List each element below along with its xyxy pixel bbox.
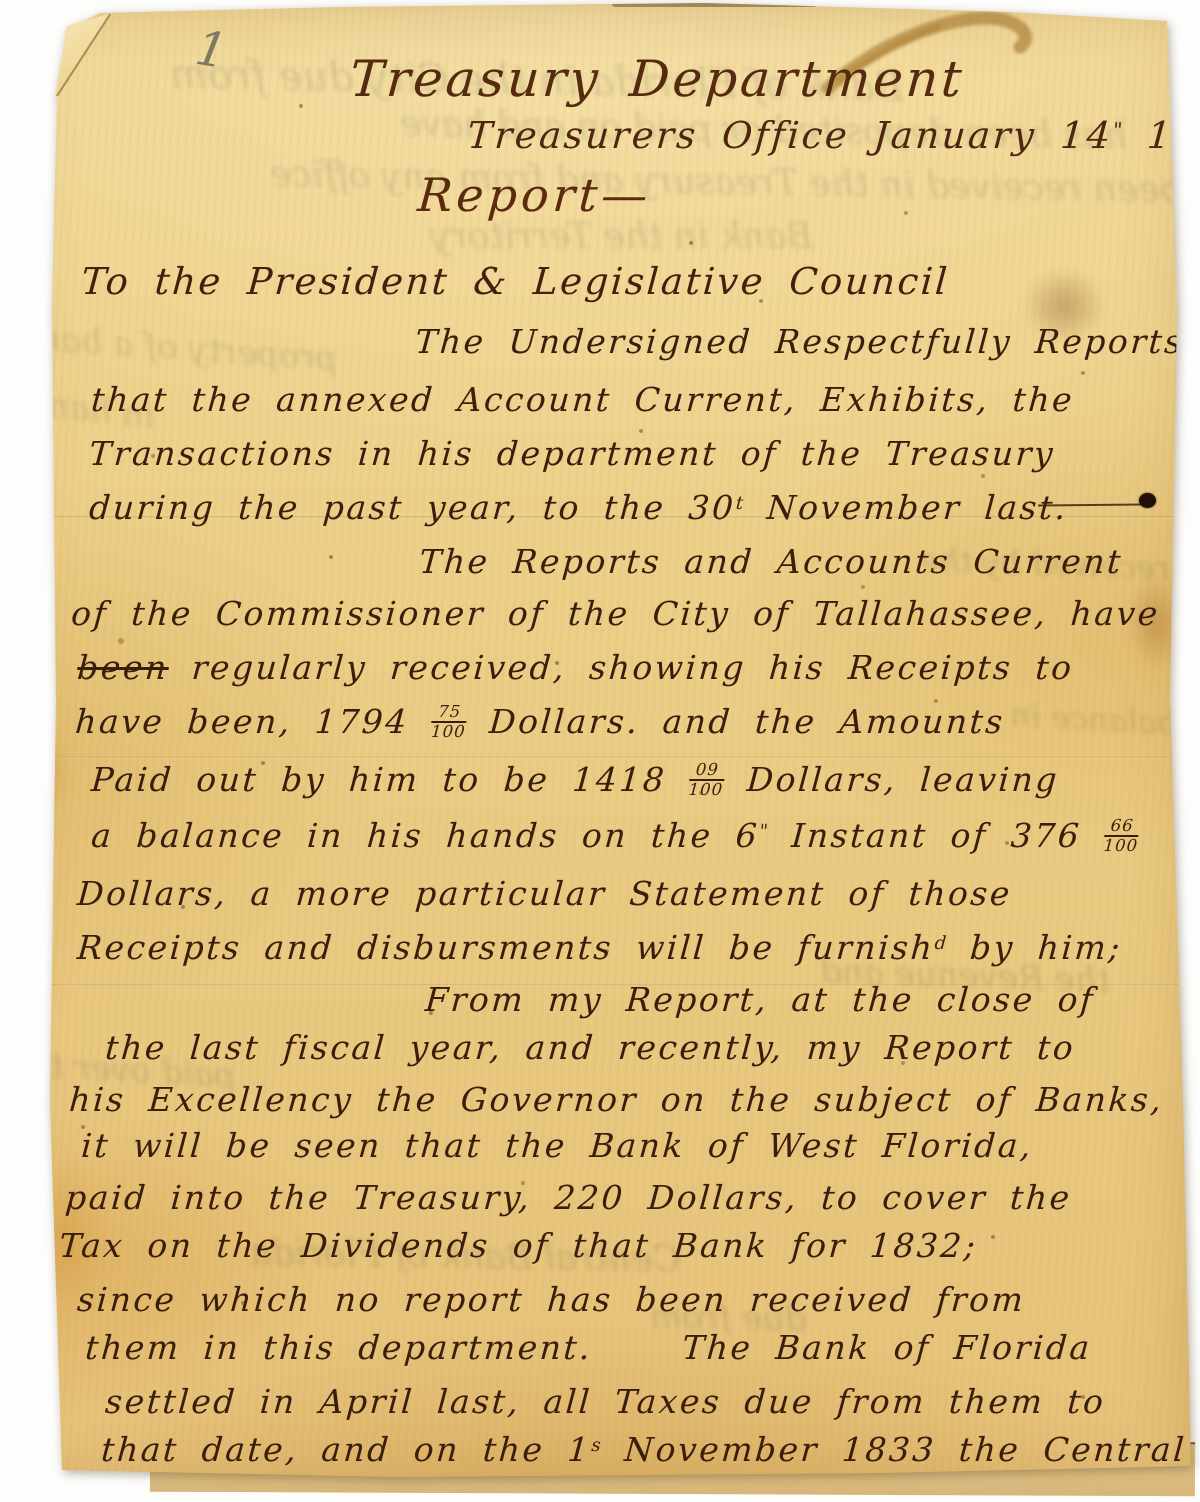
handwriting-line: been regularly received, showing his Rec… xyxy=(76,648,1075,687)
handwriting-segment: settled in April last, all Taxes due fro… xyxy=(104,1382,1107,1421)
handwriting-segment: Tax on the Dividends of that Bank for 18… xyxy=(58,1226,979,1265)
handwriting-line: the last fiscal year, and recently, my R… xyxy=(104,1028,1077,1067)
handwriting-segment: since which no report has been received … xyxy=(76,1280,1027,1319)
stain xyxy=(24,728,70,818)
handwriting-line: The Undersigned Respectfully Reports, xyxy=(414,322,1198,361)
handwriting-line: Receipts and disbursments will be furnis… xyxy=(76,928,1123,967)
handwriting-line: paid into the Treasury, 220 Dollars, to … xyxy=(64,1178,1073,1217)
subtitle-line: Treasurers Office January 14" 1834 xyxy=(466,114,1200,157)
handwriting-segment: From my Report, at the close of xyxy=(424,980,1096,1019)
page-edge-shadow xyxy=(612,0,817,7)
handwriting-segment: by him; xyxy=(946,928,1124,967)
handwriting-segment: 09100 xyxy=(688,761,725,799)
handwriting-segment: Instant of 376 xyxy=(767,816,1105,855)
bleed-through-text: balance in xyxy=(1009,696,1178,743)
handwriting-line: settled in April last, all Taxes due fro… xyxy=(104,1382,1107,1421)
handwriting-segment: them in this department. xyxy=(84,1328,594,1367)
handwriting-segment: his Excellency the Governor on the subje… xyxy=(68,1080,1165,1119)
ink-blot xyxy=(1139,493,1156,508)
handwriting-segment: 75100 xyxy=(430,703,467,741)
handwriting-segment: been xyxy=(76,648,170,687)
handwriting-segment: November last. xyxy=(743,488,1070,527)
foxing-specks xyxy=(0,0,2,2)
bleed-through-text: Bank in the Territory xyxy=(430,216,813,257)
handwriting-segment: Dollars, a more particular Statement of … xyxy=(76,874,1013,913)
handwriting-line: that the annexed Account Current, Exhibi… xyxy=(90,380,1076,419)
handwriting-line: it will be seen that the Bank of West Fl… xyxy=(80,1126,1034,1165)
bleed-through-text: been received in the Treasury and from a… xyxy=(270,154,1183,211)
handwriting-line: during the past year, to the 30t Novembe… xyxy=(88,488,1069,527)
handwriting-segment: Treasurers Office January 14 xyxy=(466,114,1114,157)
handwriting-line: that date, and on the 1s November 1833 t… xyxy=(100,1430,1188,1469)
handwriting-segment: Dollars. and the Amounts xyxy=(465,702,1006,741)
handwriting-line: them in this department.The Bank of Flor… xyxy=(84,1328,1093,1367)
handwriting-line: his Excellency the Governor on the subje… xyxy=(68,1080,1165,1119)
handwriting-segment: — xyxy=(599,168,653,222)
handwriting-segment: the last fiscal year, and recently, my R… xyxy=(104,1028,1077,1067)
handwriting-segment: it will be seen that the Bank of West Fl… xyxy=(80,1126,1034,1165)
handwriting-segment: 1834 xyxy=(1122,114,1200,157)
handwriting-line: From my Report, at the close of xyxy=(424,980,1096,1019)
salute-line: To the President & Legislative Council xyxy=(80,260,951,303)
handwriting-segment: that date, and on the 1 xyxy=(100,1430,592,1469)
handwriting-segment: November 1833 the Central xyxy=(600,1430,1188,1469)
handwriting-segment: Report xyxy=(416,168,603,222)
handwriting-segment: that the annexed Account Current, Exhibi… xyxy=(90,380,1076,419)
document-page: Bank of Florida in the City due fromhas … xyxy=(0,0,1200,1502)
handwriting-line: Tax on the Dividends of that Bank for 18… xyxy=(58,1226,979,1265)
handwriting-line: Paid out by him to be 1418 09100 Dollars… xyxy=(90,760,1060,799)
handwriting-line: since which no report has been received … xyxy=(76,1280,1027,1319)
handwriting-segment: Receipts and disbursments will be furnis… xyxy=(76,928,936,967)
handwriting-segment: of the Commissioner of the City of Talla… xyxy=(70,594,1161,633)
handwriting-line: of the Commissioner of the City of Talla… xyxy=(70,594,1161,633)
handwriting-segment: a balance in his hands on the 6 xyxy=(90,816,761,855)
title-line: Treasury Department xyxy=(348,50,966,108)
handwriting-segment: have been, 1794 xyxy=(74,702,433,741)
handwriting-segment: during the past year, to the 30 xyxy=(88,488,737,527)
document-scan: Bank of Florida in the City due fromhas … xyxy=(0,0,1200,1502)
handwriting-segment: paid into the Treasury, 220 Dollars, to … xyxy=(64,1178,1073,1217)
handwriting-line: have been, 1794 75100 Dollars. and the A… xyxy=(74,702,1006,741)
bleed-through-text: property of a bank xyxy=(17,317,339,379)
handwriting-line: a balance in his hands on the 6" Instant… xyxy=(90,816,1140,855)
handwriting-segment: regularly received, showing his Receipts… xyxy=(167,648,1075,687)
handwriting-segment: The Undersigned Respectfully Reports, xyxy=(414,322,1198,361)
handwriting-segment: The Reports and Accounts Current xyxy=(418,542,1124,581)
handwriting-segment: The Bank of Florida xyxy=(681,1328,1093,1367)
handwriting-segment: Transactions in his department of the Tr… xyxy=(88,434,1056,473)
handwriting-line: Dollars, a more particular Statement of … xyxy=(76,874,1013,913)
handwriting-line: Transactions in his department of the Tr… xyxy=(88,434,1056,473)
handwriting-segment: Treasury Department xyxy=(348,50,966,108)
handwriting-segment: Paid out by him to be 1418 xyxy=(90,760,691,799)
handwriting-segment: 66100 xyxy=(1103,817,1140,855)
paper-wrap: Bank of Florida in the City due fromhas … xyxy=(0,0,1200,1502)
fold-crease-line xyxy=(0,756,1200,759)
handwriting-line: The Reports and Accounts Current xyxy=(418,542,1124,581)
report-line: Report— xyxy=(416,168,653,222)
handwriting-segment: To the President & Legislative Council xyxy=(80,260,951,303)
handwriting-segment: Dollars, leaving xyxy=(723,760,1061,799)
